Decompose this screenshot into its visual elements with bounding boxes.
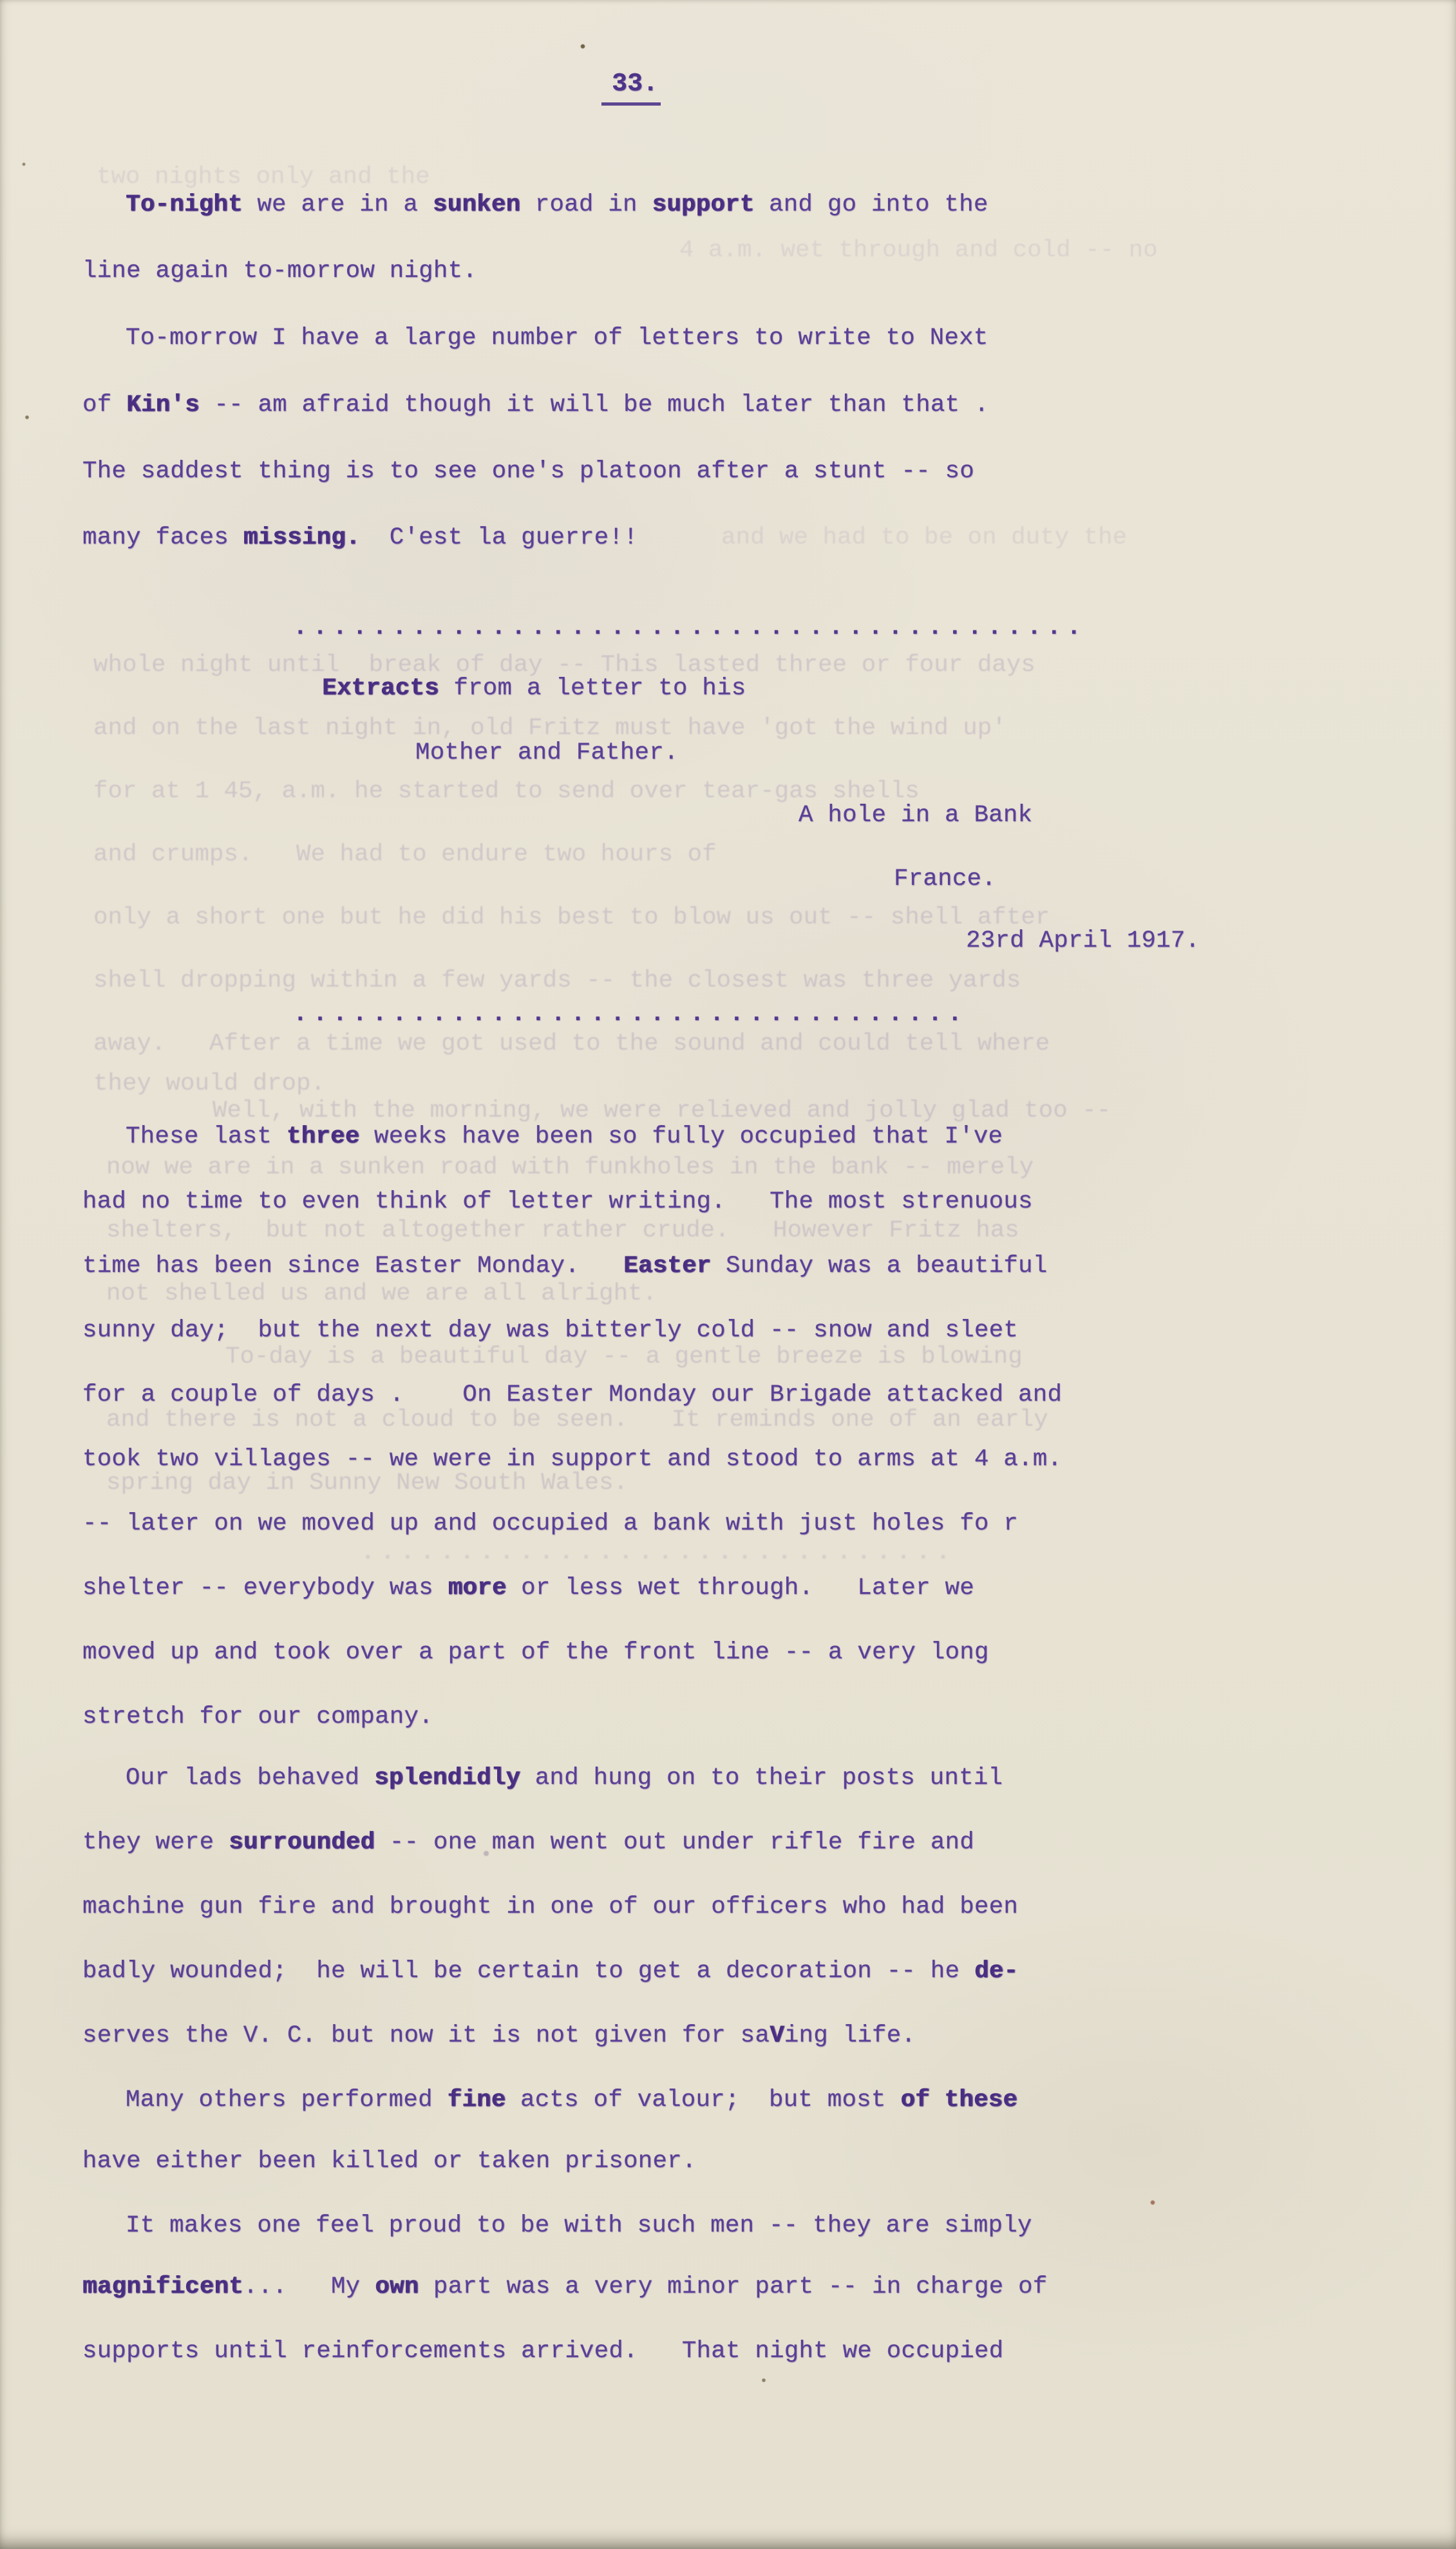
- bleedthrough-line: 4 a.m. wet through and cold -- no: [679, 236, 1158, 265]
- bleedthrough-line: To-day is a beautiful day -- a gentle br…: [225, 1342, 1023, 1372]
- text-line: badly wounded; he will be certain to get…: [82, 1957, 1018, 1986]
- bleedthrough-line: only a short one but he did his best to …: [93, 903, 1050, 933]
- text-line: machine gun fire and brought in one of o…: [82, 1892, 1018, 1922]
- text-line: magnificent... My own part was a very mi…: [82, 2272, 1047, 2302]
- text-line: It makes one feel proud to be with such …: [126, 2211, 1032, 2241]
- bleedthrough-line: shell dropping within a few yards -- the…: [93, 966, 1021, 996]
- text-line: Our lads behaved splendidly and hung on …: [126, 1763, 1003, 1793]
- bleedthrough-line: two nights only and the: [97, 162, 430, 192]
- text-line: time has been since Easter Monday. Easte…: [82, 1251, 1047, 1281]
- bleedthrough-line: away. After a time we got used to the so…: [93, 1029, 1050, 1059]
- text-line: had no time to even think of letter writ…: [82, 1187, 1033, 1217]
- text-line: France.: [894, 864, 996, 894]
- text-line: These last three weeks have been so full…: [126, 1122, 1003, 1151]
- text-line: To-morrow I have a large number of lette…: [126, 323, 988, 353]
- bleedthrough-line: they would drop.: [93, 1069, 325, 1099]
- text-line: many faces missing. C'est la guerre!!: [82, 523, 638, 553]
- bleedthrough-line: not shelled us and we are all alright.: [106, 1279, 657, 1309]
- text-line: of Kin's -- am afraid though it will be …: [82, 390, 989, 420]
- text-line: supports until reinforcements arrived. T…: [82, 2336, 1003, 2366]
- letter-page: 33. two nights only and the4 a.m. wet th…: [0, 0, 1456, 2549]
- text-line: The saddest thing is to see one's platoo…: [82, 457, 974, 486]
- text-line: Extracts from a letter to his: [322, 674, 746, 703]
- bleedthrough-line: for at 1 45, a.m. he started to send ove…: [93, 777, 920, 806]
- bleedthrough-line: and crumps. We had to endure two hours o…: [93, 840, 717, 869]
- text-line: 23rd April 1917.: [966, 926, 1200, 956]
- text-line: serves the V. C. but now it is not given…: [82, 2021, 916, 2051]
- text-line: have either been killed or taken prisone…: [82, 2146, 697, 2176]
- bleedthrough-line: now we are in a sunken road with funkhol…: [106, 1153, 1034, 1182]
- page-number: 33.: [612, 70, 661, 106]
- text-line: they were surrounded -- one man went out…: [82, 1828, 974, 1857]
- bleedthrough-line: shelters, but not altogether rather crud…: [106, 1216, 1019, 1246]
- dotted-separator: ..................................: [293, 1000, 967, 1029]
- text-line: for a couple of days . On Easter Monday …: [82, 1380, 1062, 1410]
- text-line: Mother and Father.: [415, 738, 679, 768]
- bleedthrough-line: and we had to be on duty the: [721, 523, 1127, 553]
- text-line: sunny day; but the next day was bitterly…: [82, 1316, 1018, 1345]
- text-line: To-night we are in a sunken road in supp…: [126, 190, 988, 220]
- text-line: line again to-morrow night.: [82, 256, 477, 286]
- text-line: moved up and took over a part of the fro…: [82, 1638, 989, 1667]
- text-line: A hole in a Bank: [799, 801, 1032, 830]
- text-line: shelter -- everybody was more or less we…: [82, 1573, 974, 1603]
- dotted-separator: ........................................: [293, 613, 1086, 643]
- text-line: stretch for our company.: [82, 1702, 433, 1732]
- text-line: took two villages -- we were in support …: [82, 1445, 1062, 1474]
- bleedthrough-dotted-line: ..............................: [361, 1538, 956, 1568]
- page-number-text: 33.: [601, 70, 661, 106]
- text-line: Many others performed fine acts of valou…: [126, 2085, 1017, 2115]
- text-line: -- later on we moved up and occupied a b…: [82, 1509, 1018, 1539]
